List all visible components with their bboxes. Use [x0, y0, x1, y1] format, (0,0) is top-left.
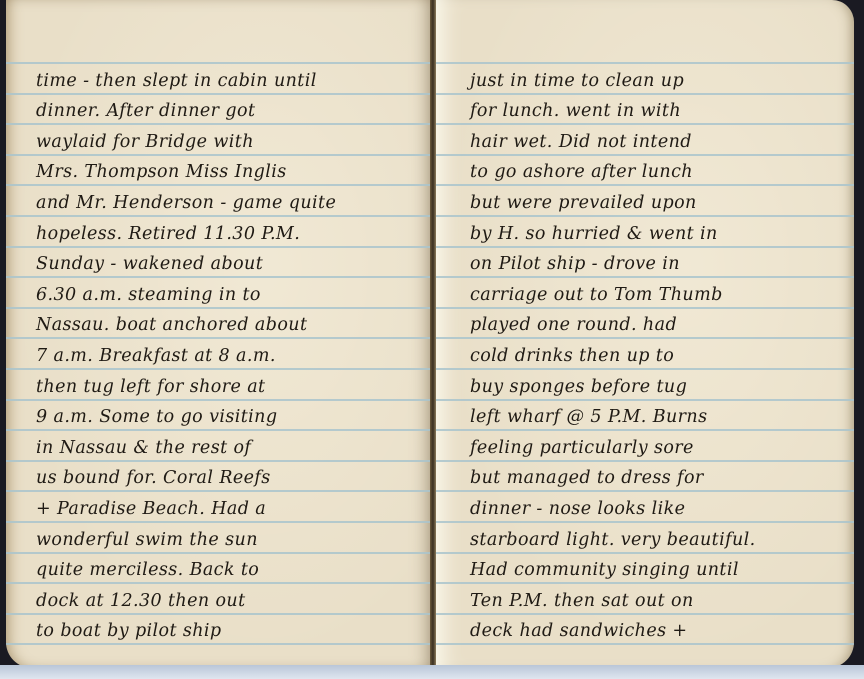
right-page: just in time to clean upfor lunch. went … — [436, 0, 854, 668]
left-page: time - then slept in cabin untildinner. … — [6, 0, 434, 668]
handwritten-line: deck had sandwiches + — [436, 613, 854, 649]
open-notebook: time - then slept in cabin untildinner. … — [0, 0, 864, 679]
backdrop — [0, 665, 864, 679]
handwritten-line: to boat by pilot ship — [6, 613, 434, 649]
